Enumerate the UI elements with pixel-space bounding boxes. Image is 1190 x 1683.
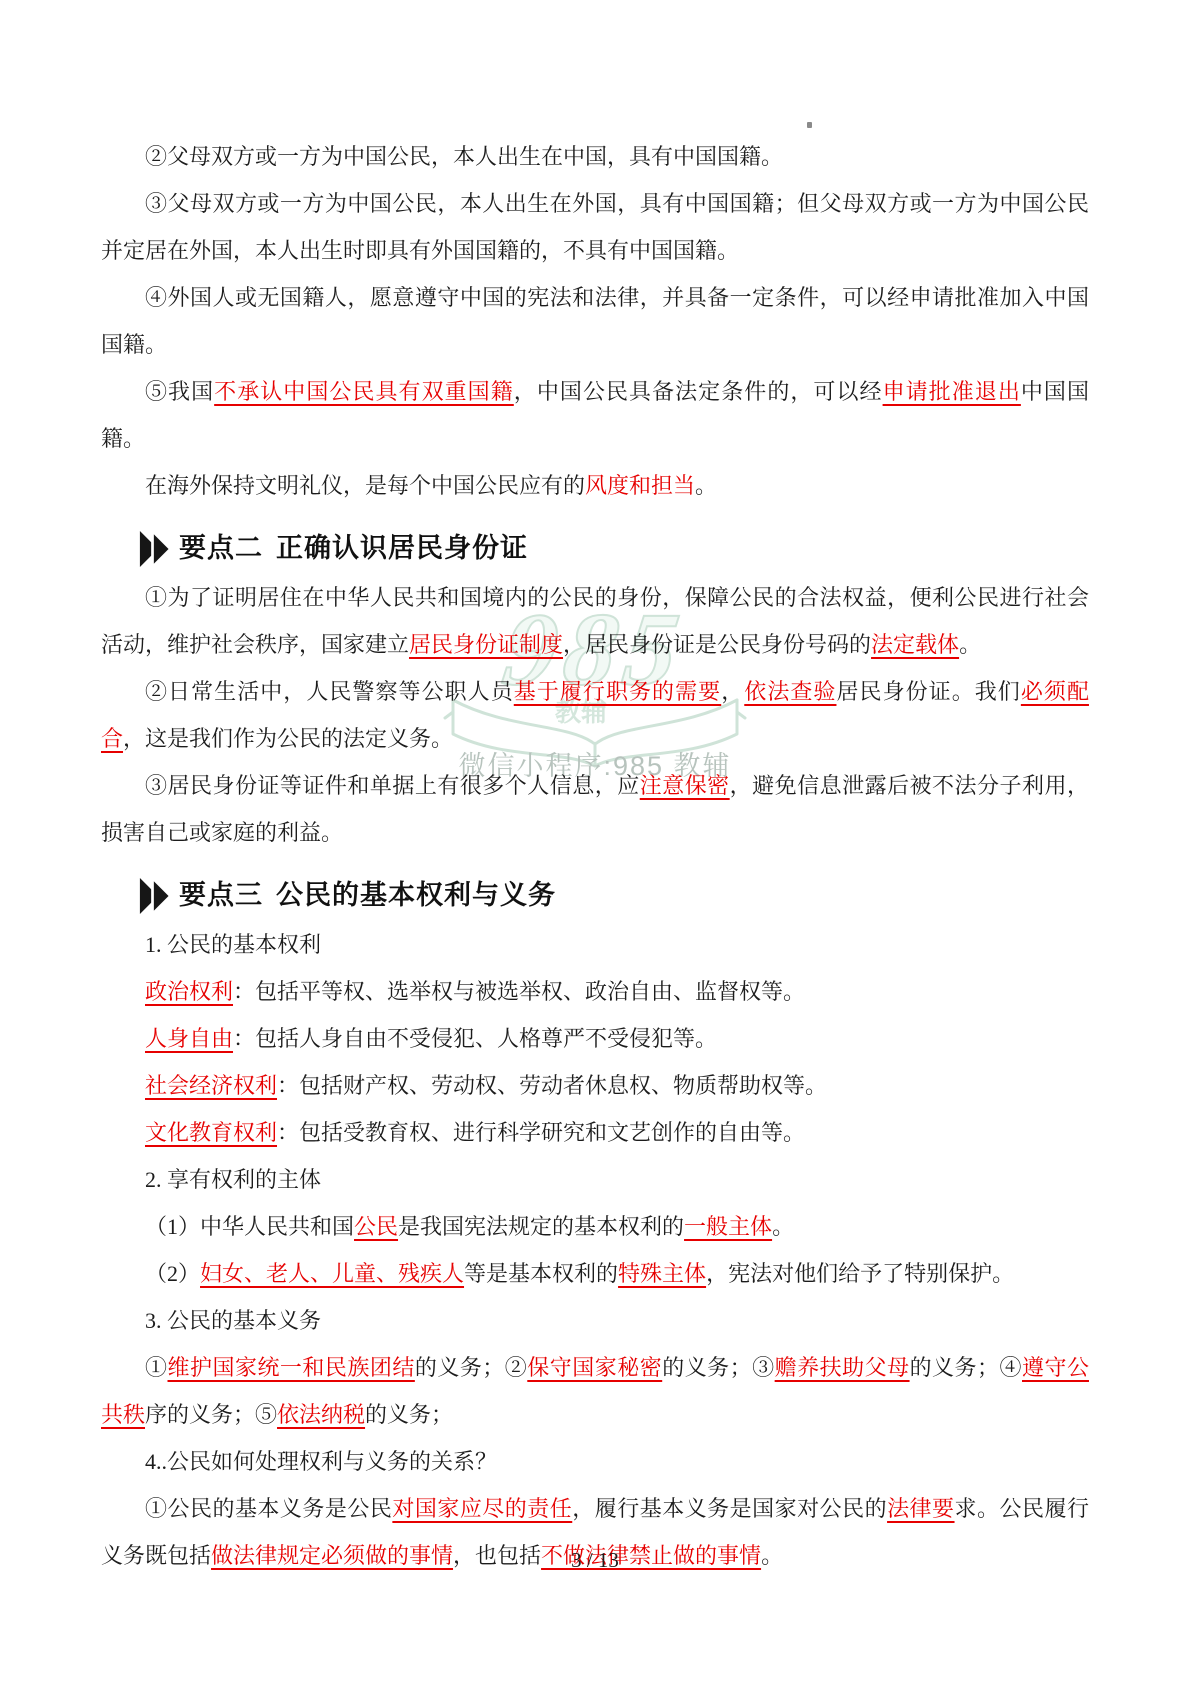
paragraph: 2. 享有权利的主体 [101,1156,1089,1203]
page-number: 3 / 13 [0,1548,1190,1573]
paragraph: 社会经济权利：包括财产权、劳动权、劳动者休息权、物质帮助权等。 [101,1062,1089,1109]
text-run: 在海外保持文明礼仪，是每个中国公民应有的 [145,473,585,498]
paragraph: 人身自由：包括人身自由不受侵犯、人格尊严不受侵犯等。 [101,1015,1089,1062]
text-run: ，这是我们作为公民的法定义务。 [123,726,453,751]
text-run: 。 [772,1214,794,1239]
heading-number: 要点三 [179,872,263,919]
text-run: 妇女、老人、儿童、残疾人 [200,1261,464,1286]
text-run: 公民 [354,1214,398,1239]
text-run: 依法纳税 [277,1402,365,1427]
text-run: 特殊主体 [618,1261,706,1286]
text-run: 法定载体 [871,632,959,657]
double-arrow-icon [139,529,175,569]
text-run: ：包括人身自由不受侵犯、人格尊严不受侵犯等。 [233,1026,717,1051]
text-run: 。 [959,632,981,657]
text-run: ③父母双方或一方为中国公民，本人出生在外国，具有中国国籍；但父母双方或一方为中国… [101,191,1089,263]
paragraph: 文化教育权利：包括受教育权、进行科学研究和文艺创作的自由等。 [101,1109,1089,1156]
text-run: 法律要 [887,1496,954,1521]
paragraph: ②日常生活中，人民警察等公职人员基于履行职务的需要，依法查验居民身份证。我们必须… [101,668,1089,762]
text-run: 注意保密 [640,773,730,798]
stray-mark [807,122,812,128]
text-run: 不承认中国公民具有双重国籍 [214,379,514,404]
double-arrow-icon [139,876,175,916]
text-run: 序的义务；⑤ [145,1402,277,1427]
text-run: 赡养扶助父母 [775,1355,910,1380]
text-run: 一般主体 [684,1214,772,1239]
heading-number: 要点二 [179,525,263,572]
paragraph: ③居民身份证等证件和单据上有很多个人信息，应注意保密，避免信息泄露后被不法分子利… [101,762,1089,856]
text-run: ⑤我国 [145,379,214,404]
text-run: 的义务；③ [662,1355,774,1380]
paragraph: 4..公民如何处理权利与义务的关系？ [101,1438,1089,1485]
paragraph: 1. 公民的基本权利 [101,921,1089,968]
text-run: 对国家应尽的责任 [392,1496,572,1521]
text-run: 社会经济权利 [145,1073,277,1098]
text-run: 。 [695,473,717,498]
heading-title: 正确认识居民身份证 [276,525,528,572]
paragraph: ①维护国家统一和民族团结的义务；②保守国家秘密的义务；③赡养扶助父母的义务；④遵… [101,1344,1089,1438]
text-run: 申请批准退出 [883,379,1021,404]
text-run: ④外国人或无国籍人，愿意遵守中国的宪法和法律，并具备一定条件，可以经申请批准加入… [101,285,1089,357]
text-run: 维护国家统一和民族团结 [168,1355,415,1380]
text-run: ②父母双方或一方为中国公民，本人出生在中国，具有中国国籍。 [145,144,783,169]
text-run: ，宪法对他们给予了特别保护。 [706,1261,1014,1286]
text-run: ：包括平等权、选举权与被选举权、政治自由、监督权等。 [233,979,805,1004]
text-run: 基于履行职务的需要 [514,679,721,704]
text-run: 政治权利 [145,979,233,1004]
section-heading: 要点二正确认识居民身份证 [139,525,1089,572]
paragraph: ③父母双方或一方为中国公民，本人出生在外国，具有中国国籍；但父母双方或一方为中国… [101,180,1089,274]
heading-title: 公民的基本权利与义务 [276,872,556,919]
text-run: 风度和担当 [585,473,695,498]
text-run: 保守国家秘密 [527,1355,662,1380]
paragraph: 3. 公民的基本义务 [101,1297,1089,1344]
text-run: 等是基本权利的 [464,1261,618,1286]
text-run: 的义务；② [415,1355,527,1380]
text-run: ，居民身份证是公民身份号码的 [563,632,871,657]
text-run: 4..公民如何处理权利与义务的关系？ [145,1449,497,1474]
text-run: 2. 享有权利的主体 [145,1167,321,1192]
document-content: ②父母双方或一方为中国公民，本人出生在中国，具有中国国籍。③父母双方或一方为中国… [101,133,1089,1579]
text-run: ②日常生活中，人民警察等公职人员 [145,679,514,704]
paragraph: （2）妇女、老人、儿童、残疾人等是基本权利的特殊主体，宪法对他们给予了特别保护。 [101,1250,1089,1297]
paragraph: ④外国人或无国籍人，愿意遵守中国的宪法和法律，并具备一定条件，可以经申请批准加入… [101,274,1089,368]
text-run: ：包括受教育权、进行科学研究和文艺创作的自由等。 [277,1120,805,1145]
text-run: 1. 公民的基本权利 [145,932,321,957]
paragraph: 在海外保持文明礼仪，是每个中国公民应有的风度和担当。 [101,462,1089,509]
text-run: 的义务；④ [910,1355,1022,1380]
document-page: 985 教辅 微信小程序:985 教辅 ②父母双方或一方为中国公民，本人出生在中… [0,0,1190,1683]
text-run: ：包括财产权、劳动权、劳动者休息权、物质帮助权等。 [277,1073,827,1098]
paragraph: （1）中华人民共和国公民是我国宪法规定的基本权利的一般主体。 [101,1203,1089,1250]
paragraph: 政治权利：包括平等权、选举权与被选举权、政治自由、监督权等。 [101,968,1089,1015]
text-run: ③居民身份证等证件和单据上有很多个人信息，应 [145,773,640,798]
text-run: 3. 公民的基本义务 [145,1308,321,1333]
text-run: 居民身份证制度 [409,632,563,657]
paragraph: ②父母双方或一方为中国公民，本人出生在中国，具有中国国籍。 [101,133,1089,180]
paragraph: ⑤我国不承认中国公民具有双重国籍，中国公民具备法定条件的，可以经申请批准退出中国… [101,368,1089,462]
text-run: ① [145,1355,168,1380]
text-run: 文化教育权利 [145,1120,277,1145]
text-run: 人身自由 [145,1026,233,1051]
text-run: 是我国宪法规定的基本权利的 [398,1214,684,1239]
text-run: （1）中华人民共和国 [145,1214,354,1239]
text-run: ， [721,679,744,704]
text-run: ，履行基本义务是国家对公民的 [572,1496,887,1521]
text-run: （2） [145,1261,200,1286]
text-run: ①公民的基本义务是公民 [145,1496,392,1521]
text-run: 依法查验 [744,679,836,704]
text-run: 的义务； [365,1402,453,1427]
section-heading: 要点三公民的基本权利与义务 [139,872,1089,919]
text-run: 居民身份证。我们 [836,679,1020,704]
text-run: ，中国公民具备法定条件的，可以经 [514,379,883,404]
paragraph: ①为了证明居住在中华人民共和国境内的公民的身份，保障公民的合法权益，便利公民进行… [101,574,1089,668]
